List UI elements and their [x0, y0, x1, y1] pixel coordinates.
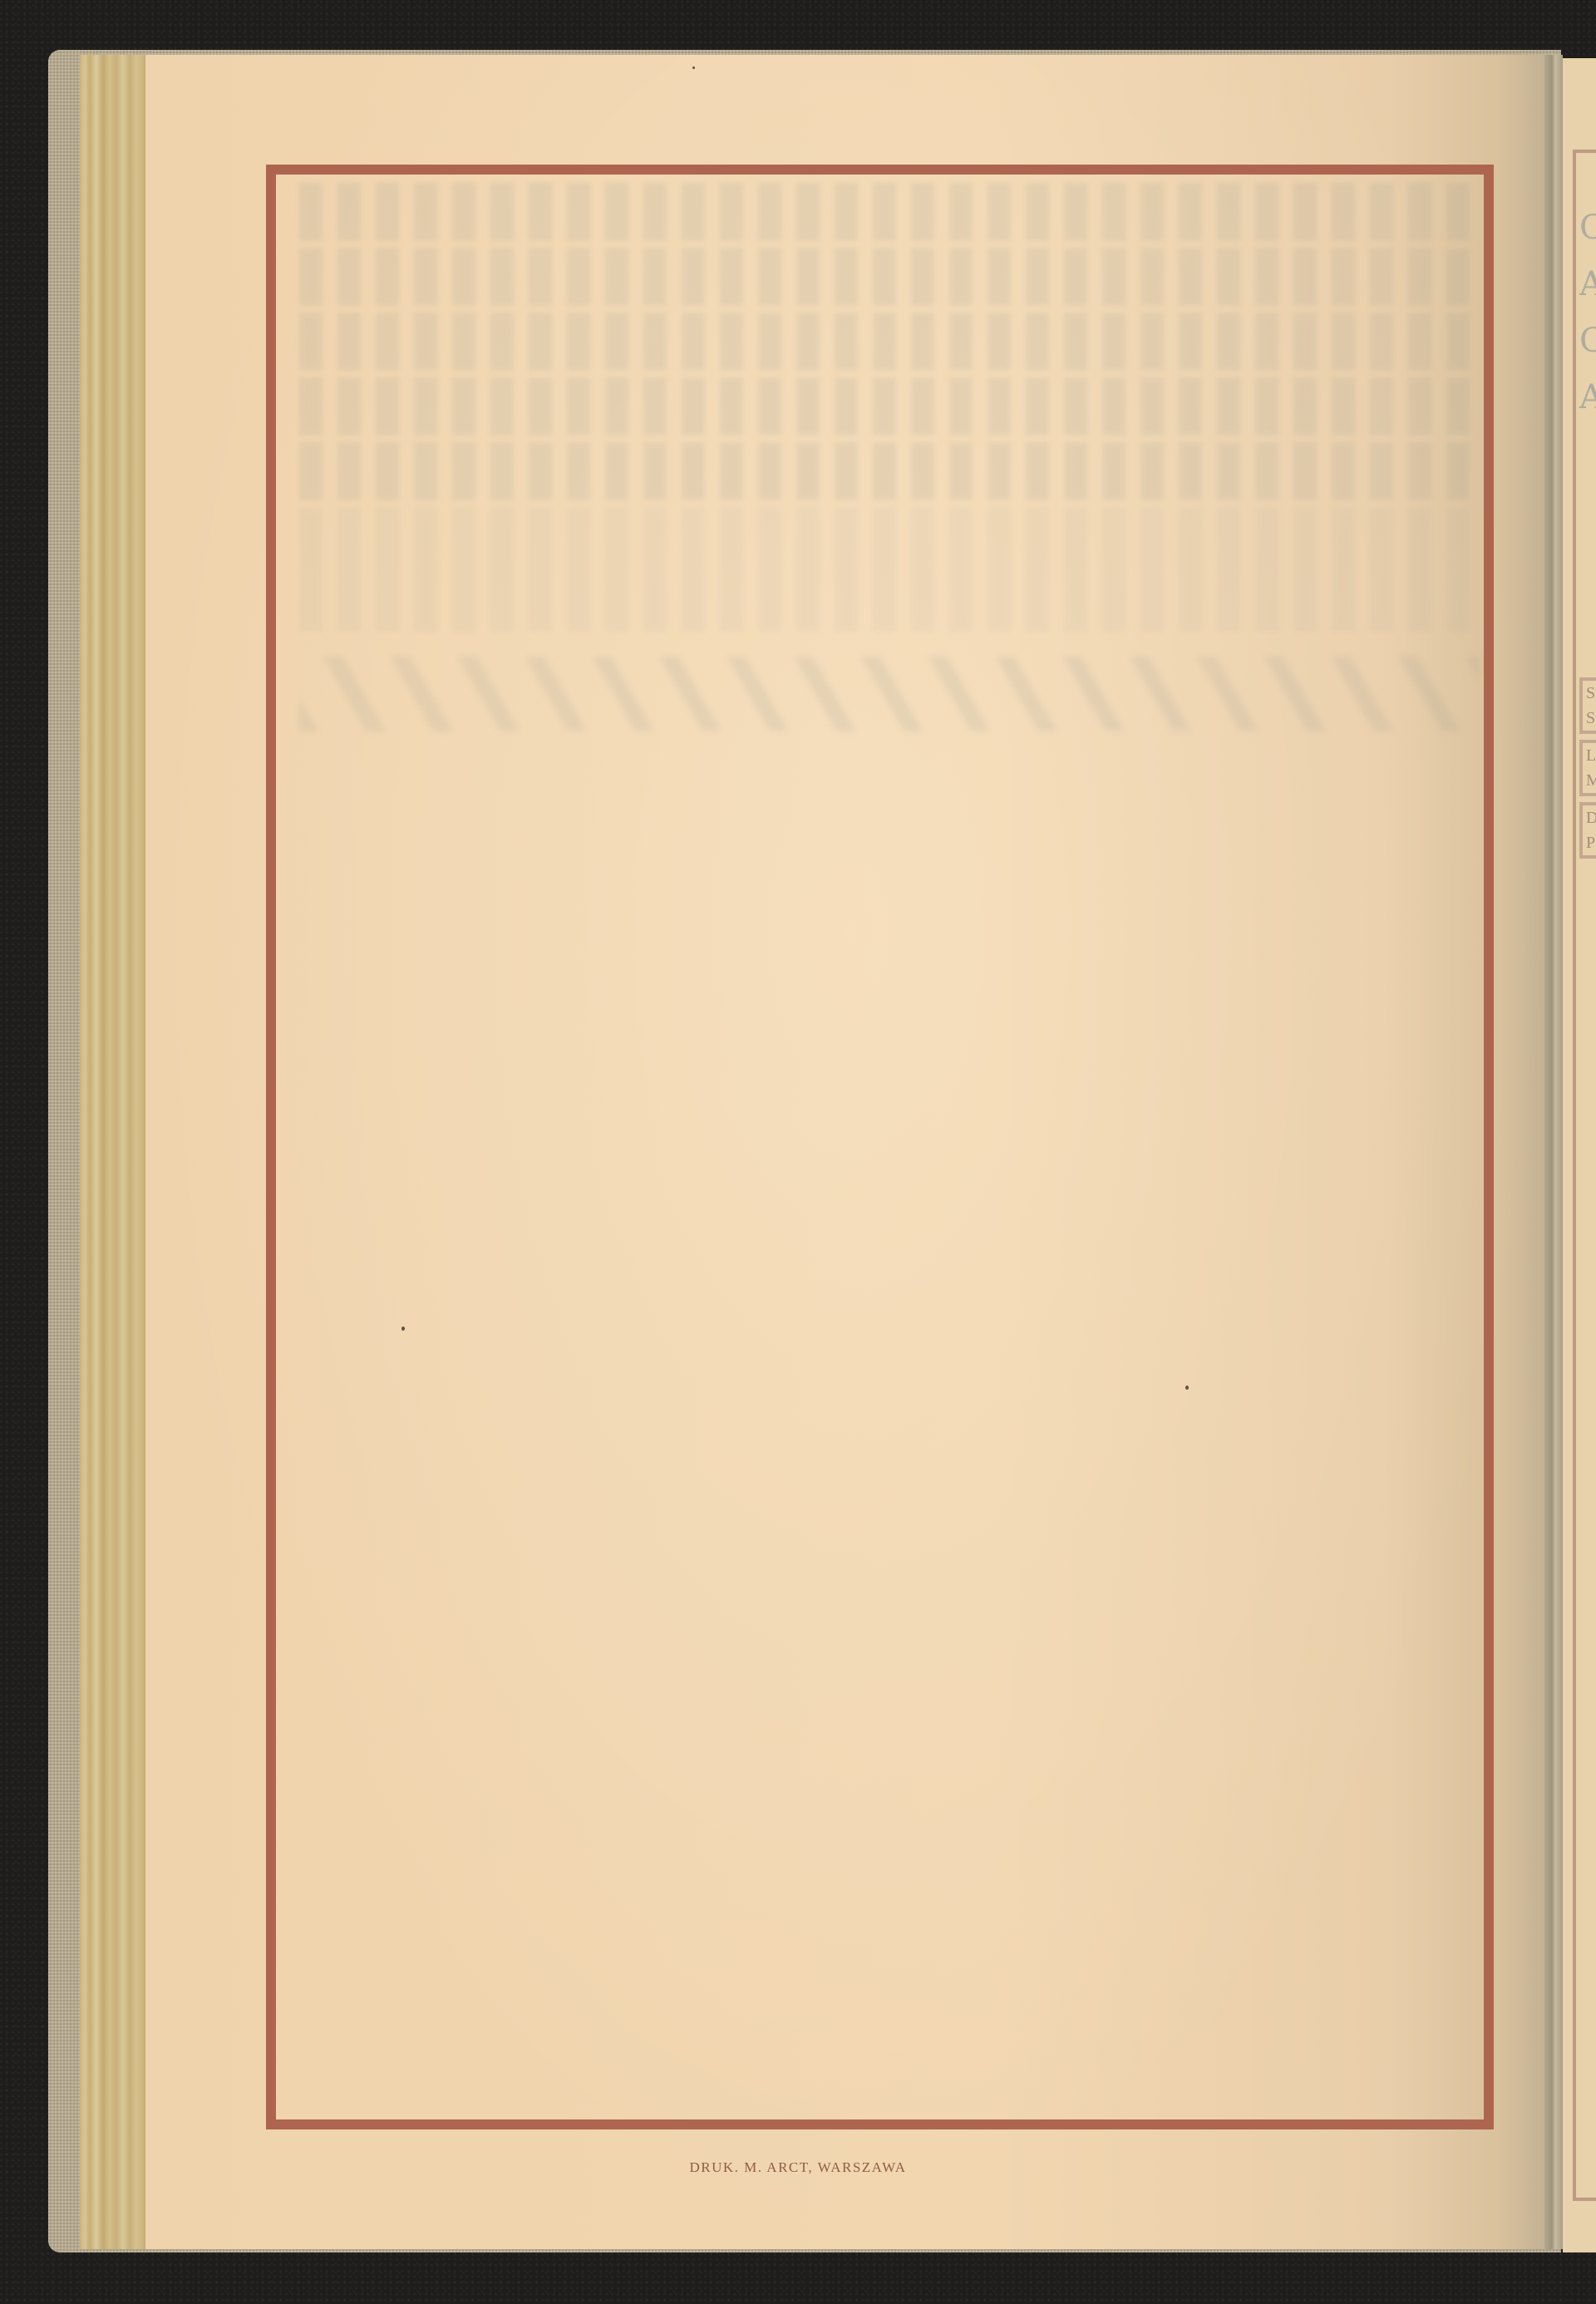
- printer-imprint: DRUK. M. ARCT, WARSZAWA: [0, 2159, 1596, 2176]
- next-page-frame: [1573, 150, 1596, 2201]
- next-page-box: SC SZ: [1579, 677, 1596, 734]
- page-edges: [80, 55, 146, 2249]
- book-gutter: [1544, 55, 1563, 2249]
- next-page-decorative-letters: C A C A: [1579, 199, 1596, 426]
- paper-speck: [692, 66, 695, 69]
- paper-speck: [1185, 1386, 1189, 1390]
- next-page-box: LC M: [1579, 740, 1596, 796]
- next-page-edge: C A C A SC SZ LC M DI P: [1563, 58, 1596, 2252]
- paper-speck: [401, 1327, 405, 1331]
- next-page-box: DI P: [1579, 802, 1596, 859]
- decorative-frame: [266, 165, 1494, 2129]
